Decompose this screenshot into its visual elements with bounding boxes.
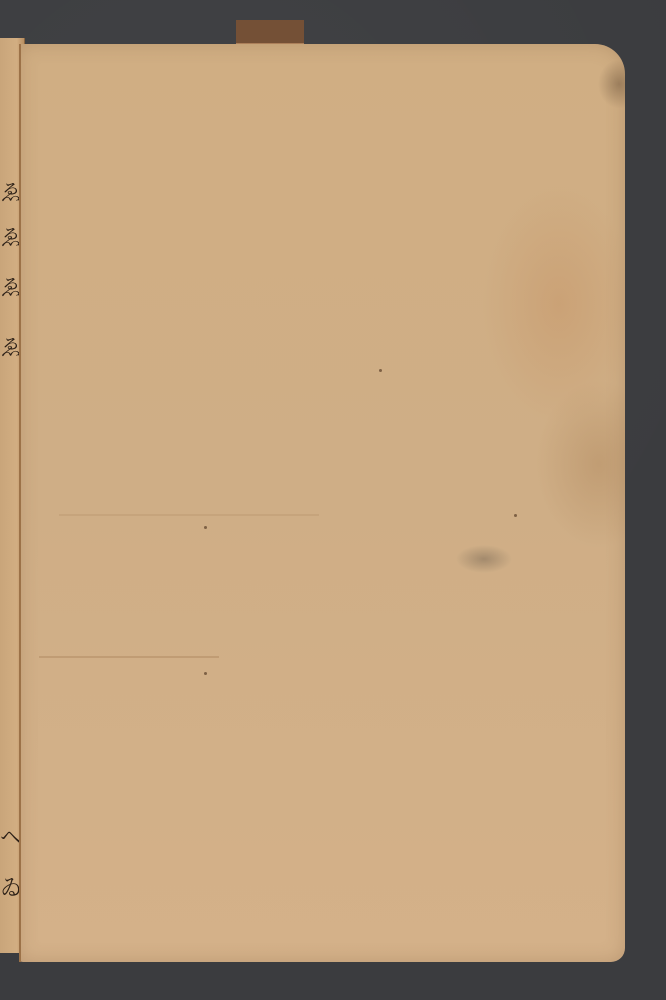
page-crease [39, 656, 219, 658]
margin-glyph: ゑ [0, 228, 18, 250]
paper-speck [379, 369, 382, 372]
paper-speck [204, 672, 207, 675]
margin-glyph: ゐ [0, 878, 18, 900]
margin-glyph: ゑ [0, 183, 18, 205]
margin-glyph: ゑ [0, 338, 18, 360]
book-page [19, 44, 625, 962]
margin-glyph: ヘ [0, 828, 18, 850]
margin-glyph: ゑ [0, 278, 18, 300]
paper-speck [514, 514, 517, 517]
paper-speck [204, 526, 207, 529]
page-spine-edge [19, 44, 21, 962]
page-crease [59, 514, 319, 516]
